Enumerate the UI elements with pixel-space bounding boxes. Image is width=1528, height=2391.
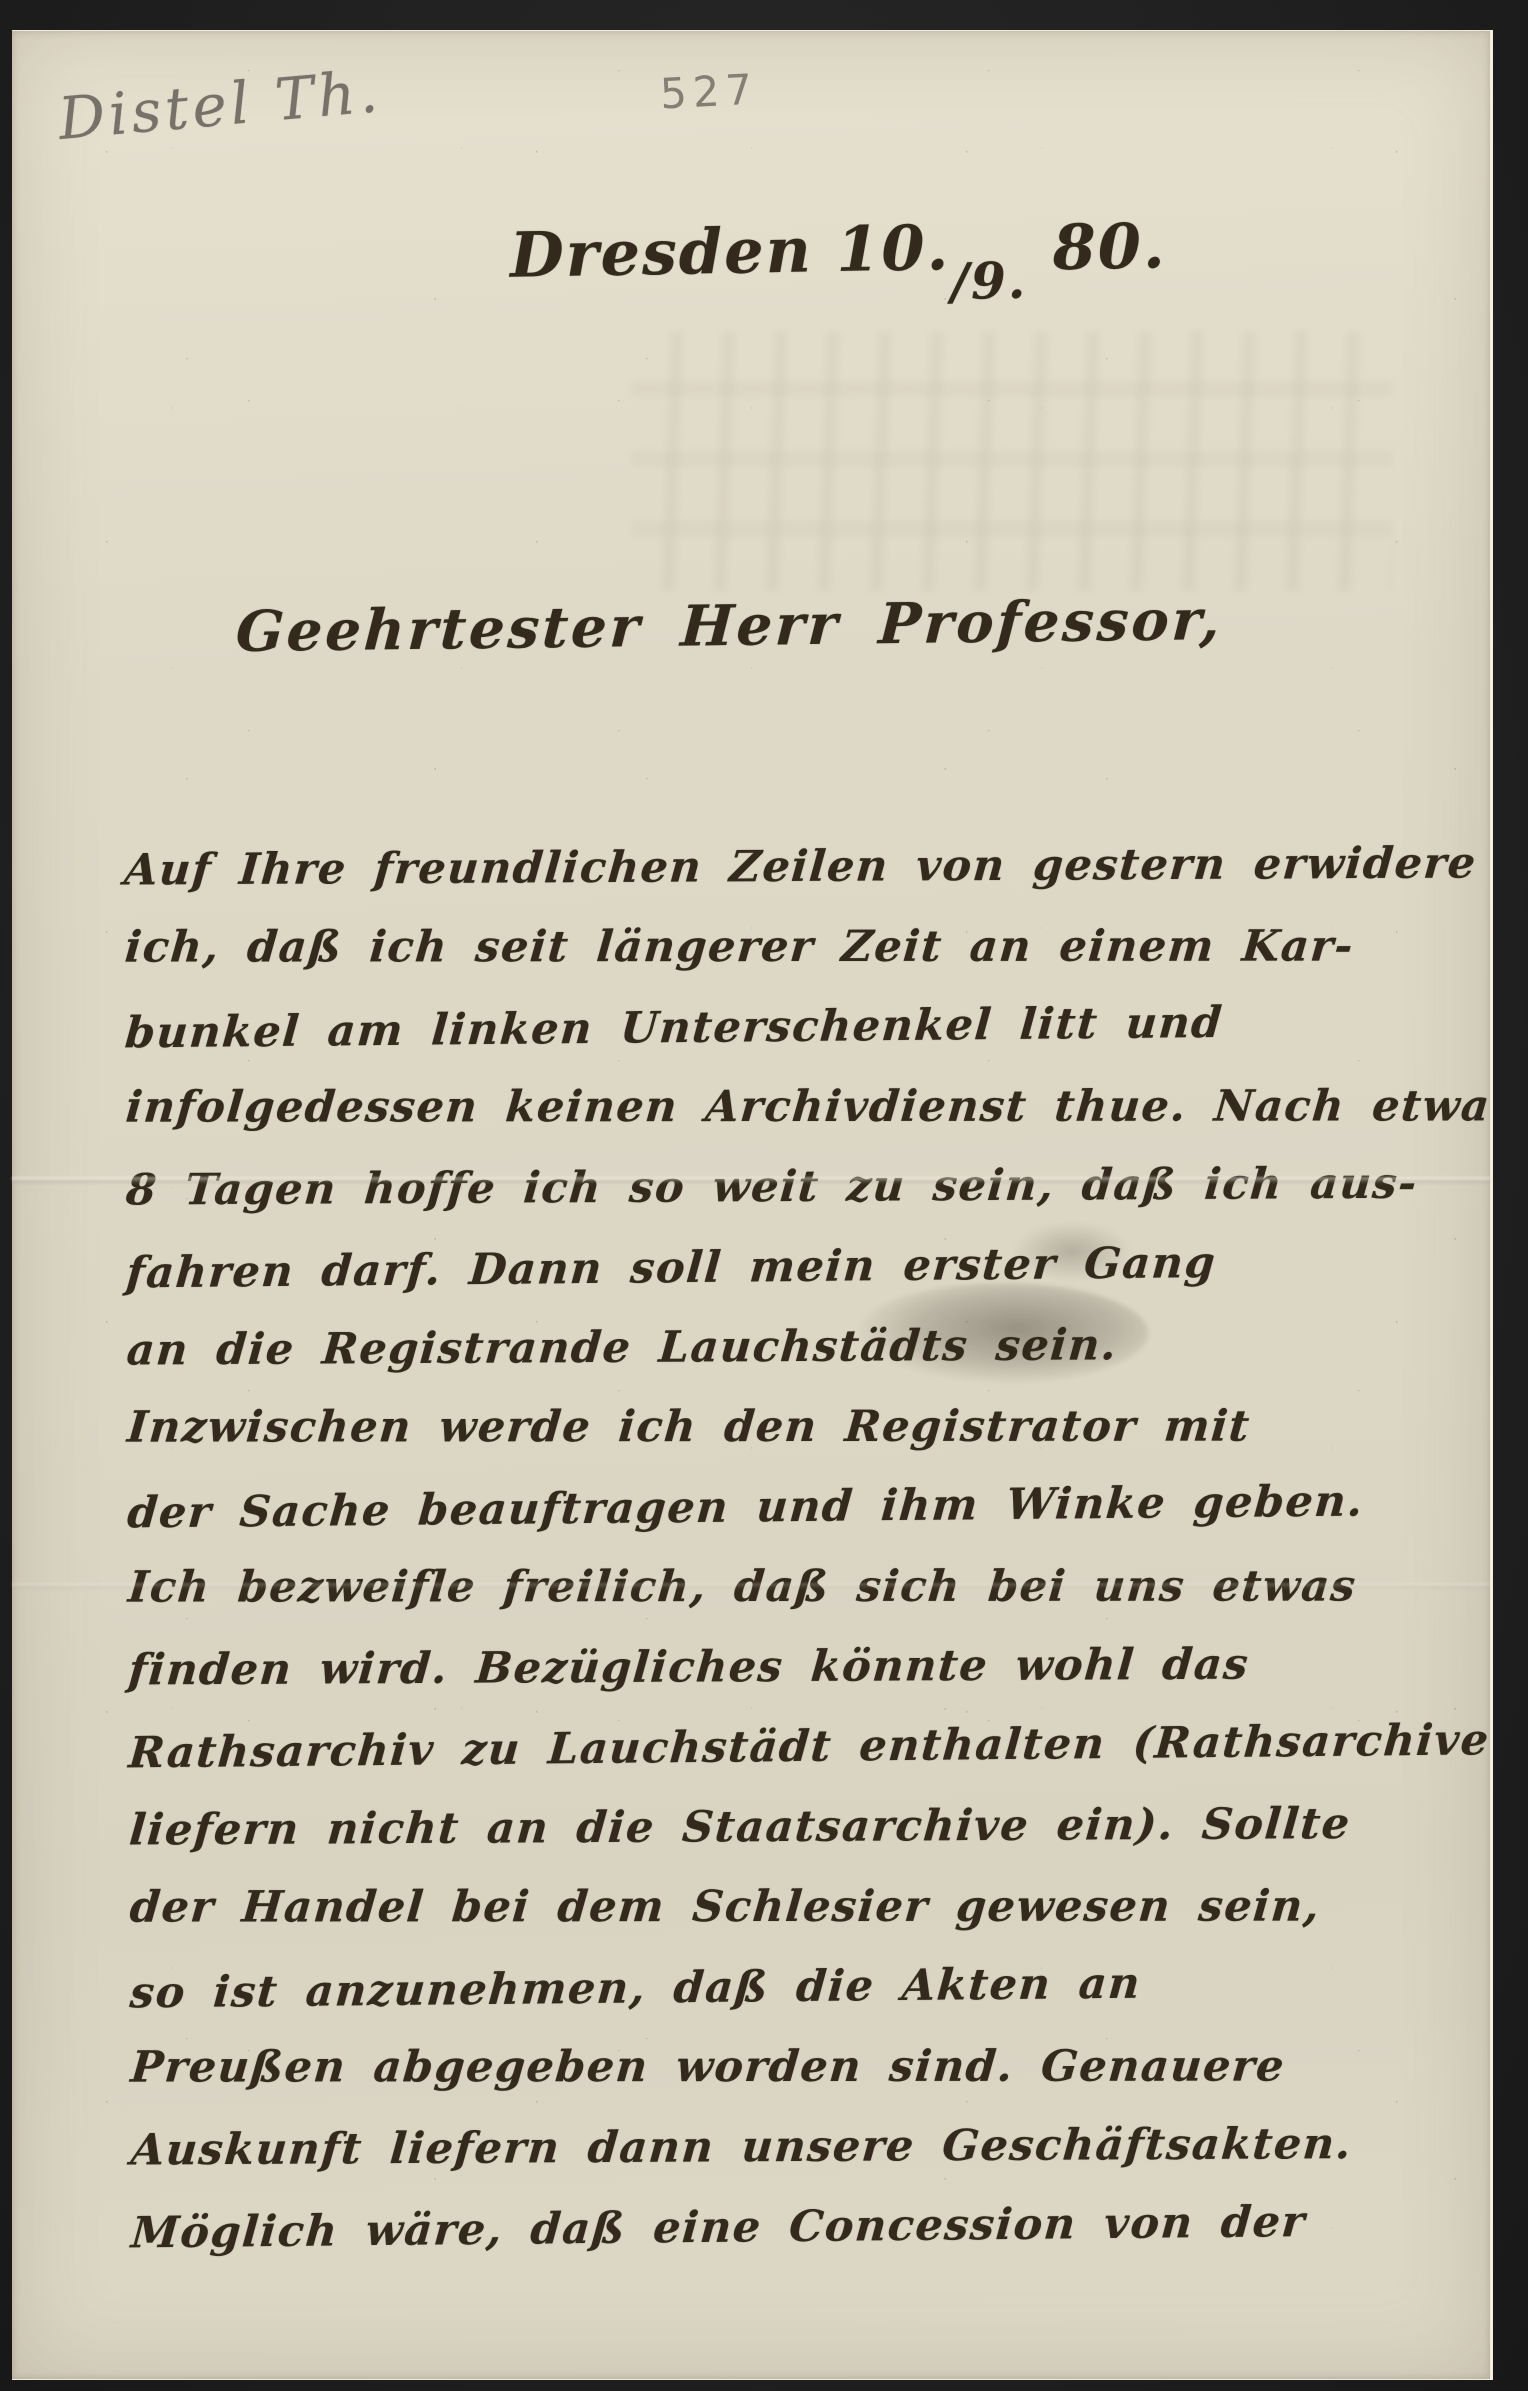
letter-line: so ist anzunehmen, daß die Akten an [127, 1941, 1470, 2034]
letter-page: Distel Th. 527 Dresden 10./9.80. Geehrte… [12, 30, 1493, 2380]
letter-line: ich, daß ich seit längerer Zeit an einem… [122, 906, 1464, 987]
salutation: Geehrtester Herr Professor, [234, 587, 1225, 665]
dateline-year: 80. [1052, 209, 1167, 284]
letter-line: an die Registrande Lauchstädts sein. [124, 1303, 1467, 1390]
letter-line: der Sache beauftragen und ihm Winke gebe… [124, 1461, 1467, 1554]
letter-line: Auf Ihre freundlichen Zeilen von gestern… [121, 823, 1464, 910]
letter-line: Ich bezweifle freilich, daß sich bei uns… [125, 1546, 1467, 1627]
letter-line: liefern nicht an die Staatsarchive ein).… [126, 1783, 1469, 1870]
dateline-month: /9. [950, 251, 1027, 311]
dateline-place-day: Dresden 10. [509, 211, 950, 292]
letter-line: infolgedessen keinen Archivdienst thue. … [122, 1066, 1464, 1147]
letter-line: bunkel am linken Unterschenkel litt und [122, 981, 1465, 1074]
letter-line: Möglich wäre, daß eine Concession von de… [128, 2181, 1471, 2274]
ink-smudge [858, 1283, 1148, 1383]
letter-line: Preußen abgegeben worden sind. Genauere [128, 2026, 1470, 2107]
dateline: Dresden 10./9.80. [509, 207, 1167, 291]
pencil-owner-annotation: Distel Th. [56, 57, 385, 153]
letter-line: fahren darf. Dann soll mein erster Gang [123, 1221, 1466, 1314]
letter-line: finden wird. Bezügliches könnte wohl das [125, 1623, 1468, 1710]
letter-line: Auskunft liefern dann unsere Geschäftsak… [128, 2103, 1471, 2190]
letter-line: Inzwischen werde ich den Registrator mit [124, 1386, 1466, 1467]
pencil-folio-number: 527 [659, 64, 760, 118]
letter-line: Rathsarchiv zu Lauchstädt enthalten (Rat… [126, 1701, 1469, 1794]
letter-line: 8 Tagen hoffe ich so weit zu sein, daß i… [123, 1143, 1466, 1230]
letter-body: Auf Ihre freundlichen Zeilen von gestern… [124, 824, 1468, 2271]
ink-smudge-small [1012, 1221, 1132, 1281]
letter-line: der Handel bei dem Schlesier gewesen sei… [127, 1866, 1469, 1947]
scan-background: { "annotations": { "pencil_name": "Diste… [0, 0, 1528, 2391]
ink-bleed-through [632, 331, 1392, 591]
